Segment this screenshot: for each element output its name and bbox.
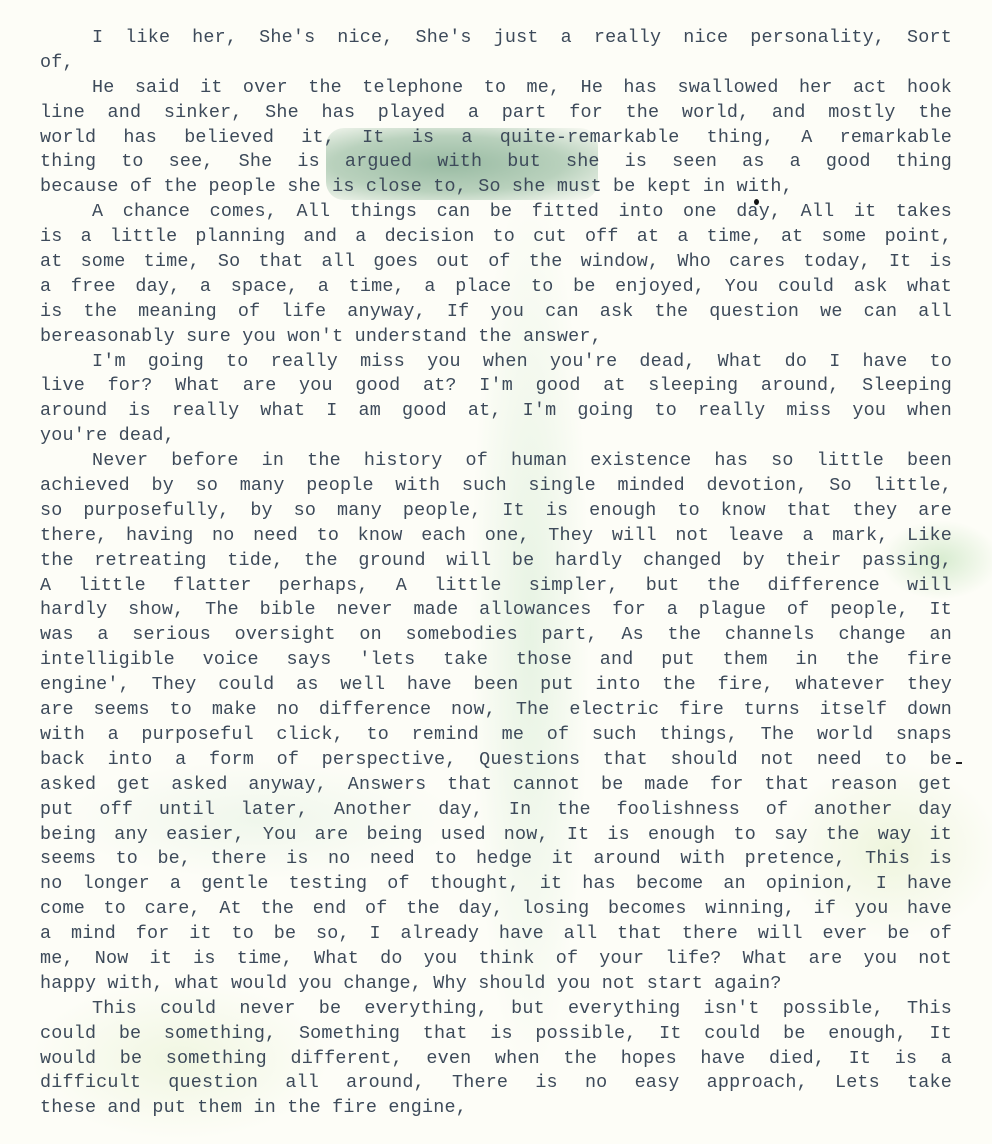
text-line: world has believed it, It is a quite-rem… [40, 126, 952, 151]
text-line: thing to see, She is argued with but she… [40, 150, 952, 175]
text-line: back into a form of perspective, Questio… [40, 748, 952, 773]
text-line: of, [40, 51, 952, 76]
text-line: happy with, what would you change, Why s… [40, 972, 952, 997]
text-line: because of the people she is close to, S… [40, 175, 952, 200]
text-line: intelligible voice says 'lets take those… [40, 648, 952, 673]
typewritten-text: I like her, She's nice, She's just a rea… [40, 26, 952, 1121]
text-line: is a little planning and a decision to c… [40, 225, 952, 250]
text-line: He said it over the telephone to me, He … [40, 76, 952, 101]
text-line: Never before in the history of human exi… [40, 449, 952, 474]
text-line: you're dead, [40, 424, 952, 449]
text-line: line and sinker, She has played a part f… [40, 101, 952, 126]
text-line: A chance comes, All things can be fitted… [40, 200, 952, 225]
text-line: a free day, a space, a time, a place to … [40, 275, 952, 300]
text-line: bereasonably sure you won't understand t… [40, 325, 952, 350]
text-line: was a serious oversight on somebodies pa… [40, 623, 952, 648]
paragraph: This could never be everything, but ever… [40, 997, 952, 1121]
text-line: are seems to make no difference now, The… [40, 698, 952, 723]
paragraph: I like her, She's nice, She's just a rea… [40, 26, 952, 76]
text-line: put off until later, Another day, In the… [40, 798, 952, 823]
text-line: come to care, At the end of the day, los… [40, 897, 952, 922]
text-line: engine', They could as well have been pu… [40, 673, 952, 698]
text-line: no longer a gentle testing of thought, i… [40, 872, 952, 897]
text-line: This could never be everything, but ever… [40, 997, 952, 1022]
text-line: seems to be, there is no need to hedge i… [40, 847, 952, 872]
text-line: live for? What are you good at? I'm good… [40, 374, 952, 399]
scanned-page: I like her, She's nice, She's just a rea… [0, 0, 992, 1144]
text-line: difficult question all around, There is … [40, 1071, 952, 1096]
text-line: achieved by so many people with such sin… [40, 474, 952, 499]
paragraph: Never before in the history of human exi… [40, 449, 952, 997]
text-line: at some time, So that all goes out of th… [40, 250, 952, 275]
ink-dot [754, 199, 759, 205]
paragraph: I'm going to really miss you when you're… [40, 350, 952, 450]
text-line: these and put them in the fire engine, [40, 1096, 952, 1121]
text-line: could be something, Something that is po… [40, 1022, 952, 1047]
text-line: asked get asked anyway, Answers that can… [40, 773, 952, 798]
text-line: would be something different, even when … [40, 1047, 952, 1072]
text-line: I'm going to really miss you when you're… [40, 350, 952, 375]
text-line: being any easier, You are being used now… [40, 823, 952, 848]
text-line: A little flatter perhaps, A little simpl… [40, 574, 952, 599]
text-line: with a purposeful click, to remind me of… [40, 723, 952, 748]
paragraph: A chance comes, All things can be fitted… [40, 200, 952, 349]
ink-mark [956, 762, 962, 764]
text-line: is the meaning of life anyway, If you ca… [40, 300, 952, 325]
text-line: so purposefully, by so many people, It i… [40, 499, 952, 524]
text-line: around is really what I am good at, I'm … [40, 399, 952, 424]
text-line: the retreating tide, the ground will be … [40, 549, 952, 574]
text-line: hardly show, The bible never made allowa… [40, 598, 952, 623]
text-line: there, having no need to know each one, … [40, 524, 952, 549]
text-line: I like her, She's nice, She's just a rea… [40, 26, 952, 51]
text-line: me, Now it is time, What do you think of… [40, 947, 952, 972]
paragraph: He said it over the telephone to me, He … [40, 76, 952, 200]
text-line: a mind for it to be so, I already have a… [40, 922, 952, 947]
